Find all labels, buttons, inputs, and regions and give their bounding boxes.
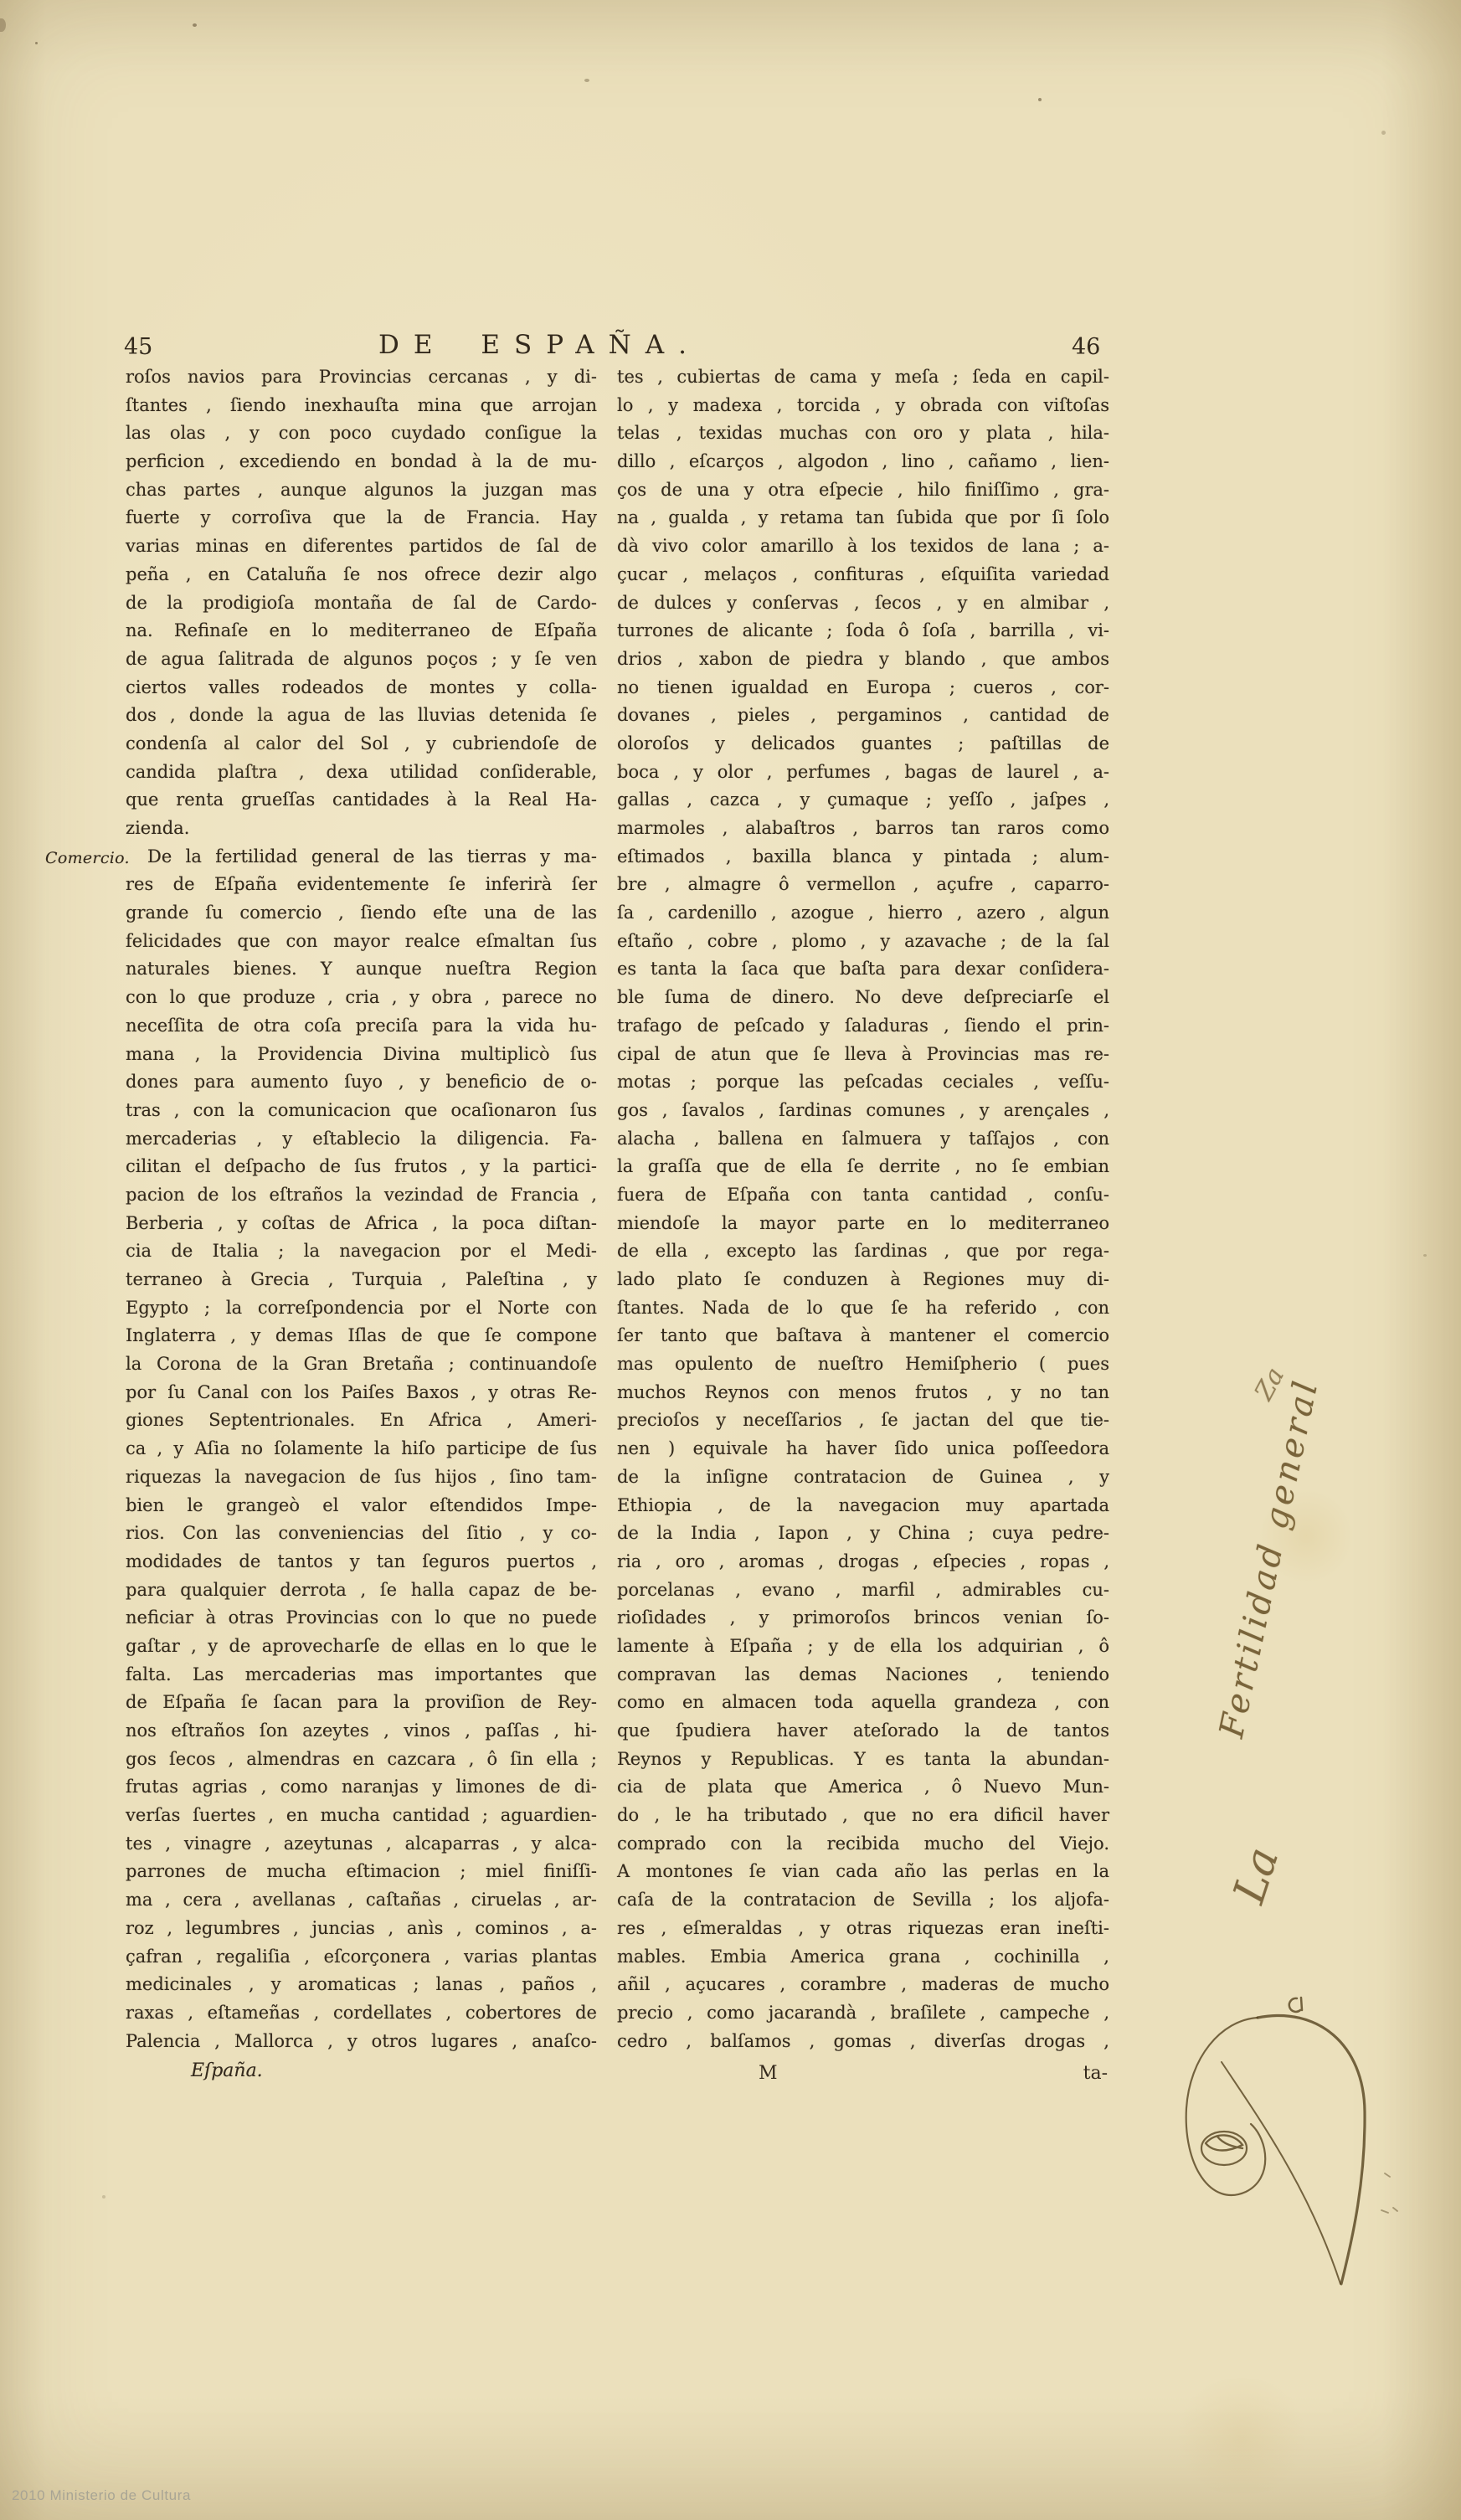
text-line: grande ſu comercio , ſiendo eſte una de … [126,899,597,928]
text-column-left: roſos navios para Provincias cercanas , … [126,363,597,2055]
text-line: comprado con la recibida mucho del Viejo… [617,1830,1109,1859]
text-line: alacha , ballena en ſalmuera y taſſajos … [617,1125,1109,1154]
text-line: no tienen igualdad en Europa ; cueros , … [617,674,1109,702]
text-line: con lo que produze , cria , y obra , par… [126,984,597,1012]
text-line: tes , vinagre , azeytunas , alcaparras ,… [126,1830,597,1859]
text-line: varias minas en diferentes partidos de ſ… [126,532,597,561]
text-line: do , le ha tributado , que no era difici… [617,1802,1109,1830]
text-line: ca , y Aſia no ſolamente la hiſo partici… [126,1435,597,1463]
text-line: ſtantes , ſiendo inexhauſta mina que arr… [126,392,597,420]
text-line: mercaderias , y eſtablecio la diligencia… [126,1125,597,1154]
text-line: Egypto ; la correſpondencia por el Norte… [126,1294,597,1323]
text-line: frutas agrias , como naranjas y limones … [126,1773,597,1802]
text-line: A montones ſe vian cada año las perlas e… [617,1858,1109,1886]
text-line: falta. Las mercaderias mas importantes q… [126,1661,597,1689]
text-line: precio , como jacarandà , braſilete , ca… [617,1999,1109,2028]
text-line: que ſpudiera haver ateſorado la de tanto… [617,1717,1109,1746]
text-line: tras , con la comunicacion que ocaſionar… [126,1097,597,1125]
text-line: dà vivo color amarillo à los texidos de … [617,532,1109,561]
text-line: naturales bienes. Y aunque nueſtra Regio… [126,955,597,984]
ink-flourish-drawing [1155,1984,1440,2336]
text-line: modidades de tantos y tan ſeguros puerto… [126,1548,597,1576]
text-line: Ethiopia , de la navegacion muy apartada [617,1492,1109,1520]
text-column-right: tes , cubiertas de cama y meſa ; ſeda en… [617,363,1109,2055]
text-line: añil , açucares , corambre , maderas de … [617,1971,1109,1999]
text-line: ſa , cardenillo , azogue , hierro , azer… [617,899,1109,928]
text-line: miendoſe la mayor parte en lo mediterran… [617,1210,1109,1238]
watermark: 2010 Ministerio de Cultura [12,2487,191,2504]
text-line: por ſu Canal con los Paiſes Baxos , y ot… [126,1379,597,1407]
text-line: oloroſos y delicados guantes ; paſtillas… [617,730,1109,759]
text-line: fuerte y corroſiva que la de Francia. Ha… [126,504,597,532]
text-line: felicidades que con mayor realce eſmalta… [126,928,597,956]
text-line: ma , cera , avellanas , caſtañas , cirue… [126,1886,597,1915]
text-line: Palencia , Mallorca , y otros lugares , … [126,2028,597,2056]
text-line: la graſſa que de ella ſe derrite , no ſe… [617,1153,1109,1181]
text-line: çucar , melaços , confituras , eſquiſita… [617,561,1109,589]
text-line: muchos Reynos con menos frutos , y no ta… [617,1379,1109,1407]
text-line: neceſſita de otra coſa preciſa para la v… [126,1012,597,1041]
text-line: Inglaterra , y demas Iſlas de que ſe com… [126,1322,597,1350]
text-line: como en almacen toda aquella grandeza , … [617,1689,1109,1717]
margin-note-comercio: Comercio. [45,849,130,867]
text-line: ſer tanto que baſtava à mantener el come… [617,1322,1109,1350]
text-line: zienda. [126,815,597,843]
text-line: compravan las demas Naciones , teniendo [617,1661,1109,1689]
text-line: trafago de peſcado y ſaladuras , ſiendo … [617,1012,1109,1041]
signature-line: M ta- [617,2060,1109,2088]
text-line: ſtantes. Nada de lo que ſe ha referido ,… [617,1294,1109,1323]
text-line: telas , texidas muchas con oro y plata ,… [617,419,1109,448]
text-line: gaſtar , y de aprovecharſe de ellas en l… [126,1633,597,1661]
text-line: verſas ſuertes , en mucha cantidad ; agu… [126,1802,597,1830]
text-line: roſos navios para Provincias cercanas , … [126,363,597,392]
text-line: drios , xabon de piedra y blando , que a… [617,645,1109,674]
text-line: dillo , eſcarços , algodon , lino , caña… [617,448,1109,476]
text-line: turrones de alicante ; ſoda ô ſoſa , bar… [617,617,1109,645]
text-line: parrones de mucha eſtimacion ; miel fini… [126,1858,597,1886]
page-number-left: 45 [124,334,152,360]
text-line: ços de una y otra eſpecie , hilo finiſſi… [617,476,1109,505]
text-line: rios. Con las conveniencias del ſitio , … [126,1520,597,1548]
text-line: caſa de la contratacion de Sevilla ; los… [617,1886,1109,1915]
text-line: lo , y madexa , torcida , y obrada con v… [617,392,1109,420]
text-line: lado plato ſe conduzen à Regiones muy di… [617,1266,1109,1294]
text-line: de dulces y conſervas , ſecos , y en alm… [617,589,1109,618]
text-line: cia de plata que America , ô Nuevo Mun- [617,1773,1109,1802]
text-line: eſtaño , cobre , plomo , y azavache ; de… [617,928,1109,956]
catchword-right: ta- [1083,2060,1108,2088]
text-line: res , eſmeraldas , y otras riquezas eran… [617,1915,1109,1943]
text-line: gallas , cazca , y çumaque ; yeſſo , jaſ… [617,786,1109,815]
text-line: roz , legumbres , juncias , anìs , comin… [126,1915,597,1943]
text-line: la Corona de la Gran Bretaña ; continuan… [126,1350,597,1379]
text-line: neficiar à otras Provincias con lo que n… [126,1604,597,1633]
text-line: terraneo à Grecia , Turquia , Paleſtina … [126,1266,597,1294]
text-line: bien le grangeò el valor eſtendidos Impe… [126,1492,597,1520]
text-line: ria , oro , aromas , drogas , eſpecies ,… [617,1548,1109,1576]
text-line: Berberia , y coſtas de Africa , la poca … [126,1210,597,1238]
text-line: na. Refinaſe en lo mediterraneo de Eſpañ… [126,617,597,645]
text-line: nos eſtraños ſon azeytes , vinos , paſſa… [126,1717,597,1746]
text-line: giones Septentrionales. En Africa , Amer… [126,1407,597,1435]
text-line: lamente à Eſpaña ; y de ella los adquiri… [617,1633,1109,1661]
signature-mark: M [759,2060,778,2088]
text-line: marmoles , alabaſtros , barros tan raros… [617,815,1109,843]
text-line: cia de Italia ; la navegacion por el Med… [126,1237,597,1266]
text-line: motas ; porque las peſcadas ceciales , v… [617,1068,1109,1097]
running-title: DE ESPAÑA. [378,330,701,360]
text-line: mables. Embia America grana , cochinilla… [617,1943,1109,1972]
text-line: çafran , regaliſia , eſcorçonera , varia… [126,1943,597,1972]
text-line: Reynos y Republicas. Y es tanta la abund… [617,1746,1109,1774]
text-line: De la fertilidad general de las tierras … [126,843,597,872]
text-line: bre , almagre ô vermellon , açufre , cap… [617,871,1109,899]
text-line: gos ſecos , almendras en cazcara , ô ſin… [126,1746,597,1774]
text-line: mas opulento de nueſtro Hemiſpherio ( pu… [617,1350,1109,1379]
text-line: eſtimados , baxilla blanca y pintada ; a… [617,843,1109,872]
text-line: para qualquier derrota , ſe halla capaz … [126,1576,597,1605]
text-line: precioſos y neceſſarios , ſe jactan del … [617,1407,1109,1435]
text-line: las olas , y con poco cuydado conſigue l… [126,419,597,448]
text-line: que renta grueſſas cantidades à la Real … [126,786,597,815]
text-line: de ella , excepto las ſardinas , que por… [617,1237,1109,1266]
text-line: de la prodigioſa montaña de ſal de Cardo… [126,589,597,618]
text-line: ble ſuma de dinero. No deve deſpreciarſe… [617,984,1109,1012]
text-line: de agua ſalitrada de algunos poços ; y ſ… [126,645,597,674]
catchword-left: Eſpaña. [191,2057,263,2085]
text-line: boca , y olor , perfumes , bagas de laur… [617,759,1109,787]
text-line: cilitan el deſpacho de ſus frutos , y la… [126,1153,597,1181]
text-line: porcelanas , evano , marfil , admirables… [617,1576,1109,1605]
text-line: ciertos valles rodeados de montes y coll… [126,674,597,702]
text-line: riquezas la navegacion de ſus hijos , ſi… [126,1463,597,1492]
text-line: gos , ſavalos , ſardinas comunes , y are… [617,1097,1109,1125]
book-page: 45 DE ESPAÑA. 46 Comercio. roſos navios … [0,0,1461,2520]
text-line: es tanta la ſaca que baſta para dexar co… [617,955,1109,984]
text-line: de la inſigne contratacion de Guinea , y [617,1463,1109,1492]
text-line: medicinales , y aromaticas ; lanas , pañ… [126,1971,597,1999]
text-line: rioſidades , y primoroſos brincos venian… [617,1604,1109,1633]
text-line: chas partes , aunque algunos la juzgan m… [126,476,597,505]
page-number-right: 46 [1072,334,1100,360]
text-line: mana , la Providencia Divina multiplicò … [126,1041,597,1069]
text-line: na , gualda , y retama tan ſubida que po… [617,504,1109,532]
margin-handwriting-la: La [1224,1842,1289,1910]
text-line: de Eſpaña ſe ſacan para la proviſion de … [126,1689,597,1717]
text-line: nen ) equivale ha haver ſido unica poſſe… [617,1435,1109,1463]
text-line: raxas , eſtameñas , cordellates , cobert… [126,1999,597,2028]
text-line: de la India , Iapon , y China ; cuya ped… [617,1520,1109,1548]
text-line: dovanes , pieles , pergaminos , cantidad… [617,702,1109,730]
text-line: perficion , excediendo en bondad à la de… [126,448,597,476]
text-line: peña , en Cataluña ſe nos ofrece dezir a… [126,561,597,589]
text-line: res de Eſpaña evidentemente ſe inferirà … [126,871,597,899]
text-line: fuera de Eſpaña con tanta cantidad , con… [617,1181,1109,1210]
text-line: tes , cubiertas de cama y meſa ; ſeda en… [617,363,1109,392]
text-line: pacion de los eſtraños la vezindad de Fr… [126,1181,597,1210]
text-line: dones para aumento ſuyo , y beneficio de… [126,1068,597,1097]
text-line: cedro , balſamos , gomas , diverſas drog… [617,2028,1109,2056]
text-line: cipal de atun que ſe lleva à Provincias … [617,1041,1109,1069]
